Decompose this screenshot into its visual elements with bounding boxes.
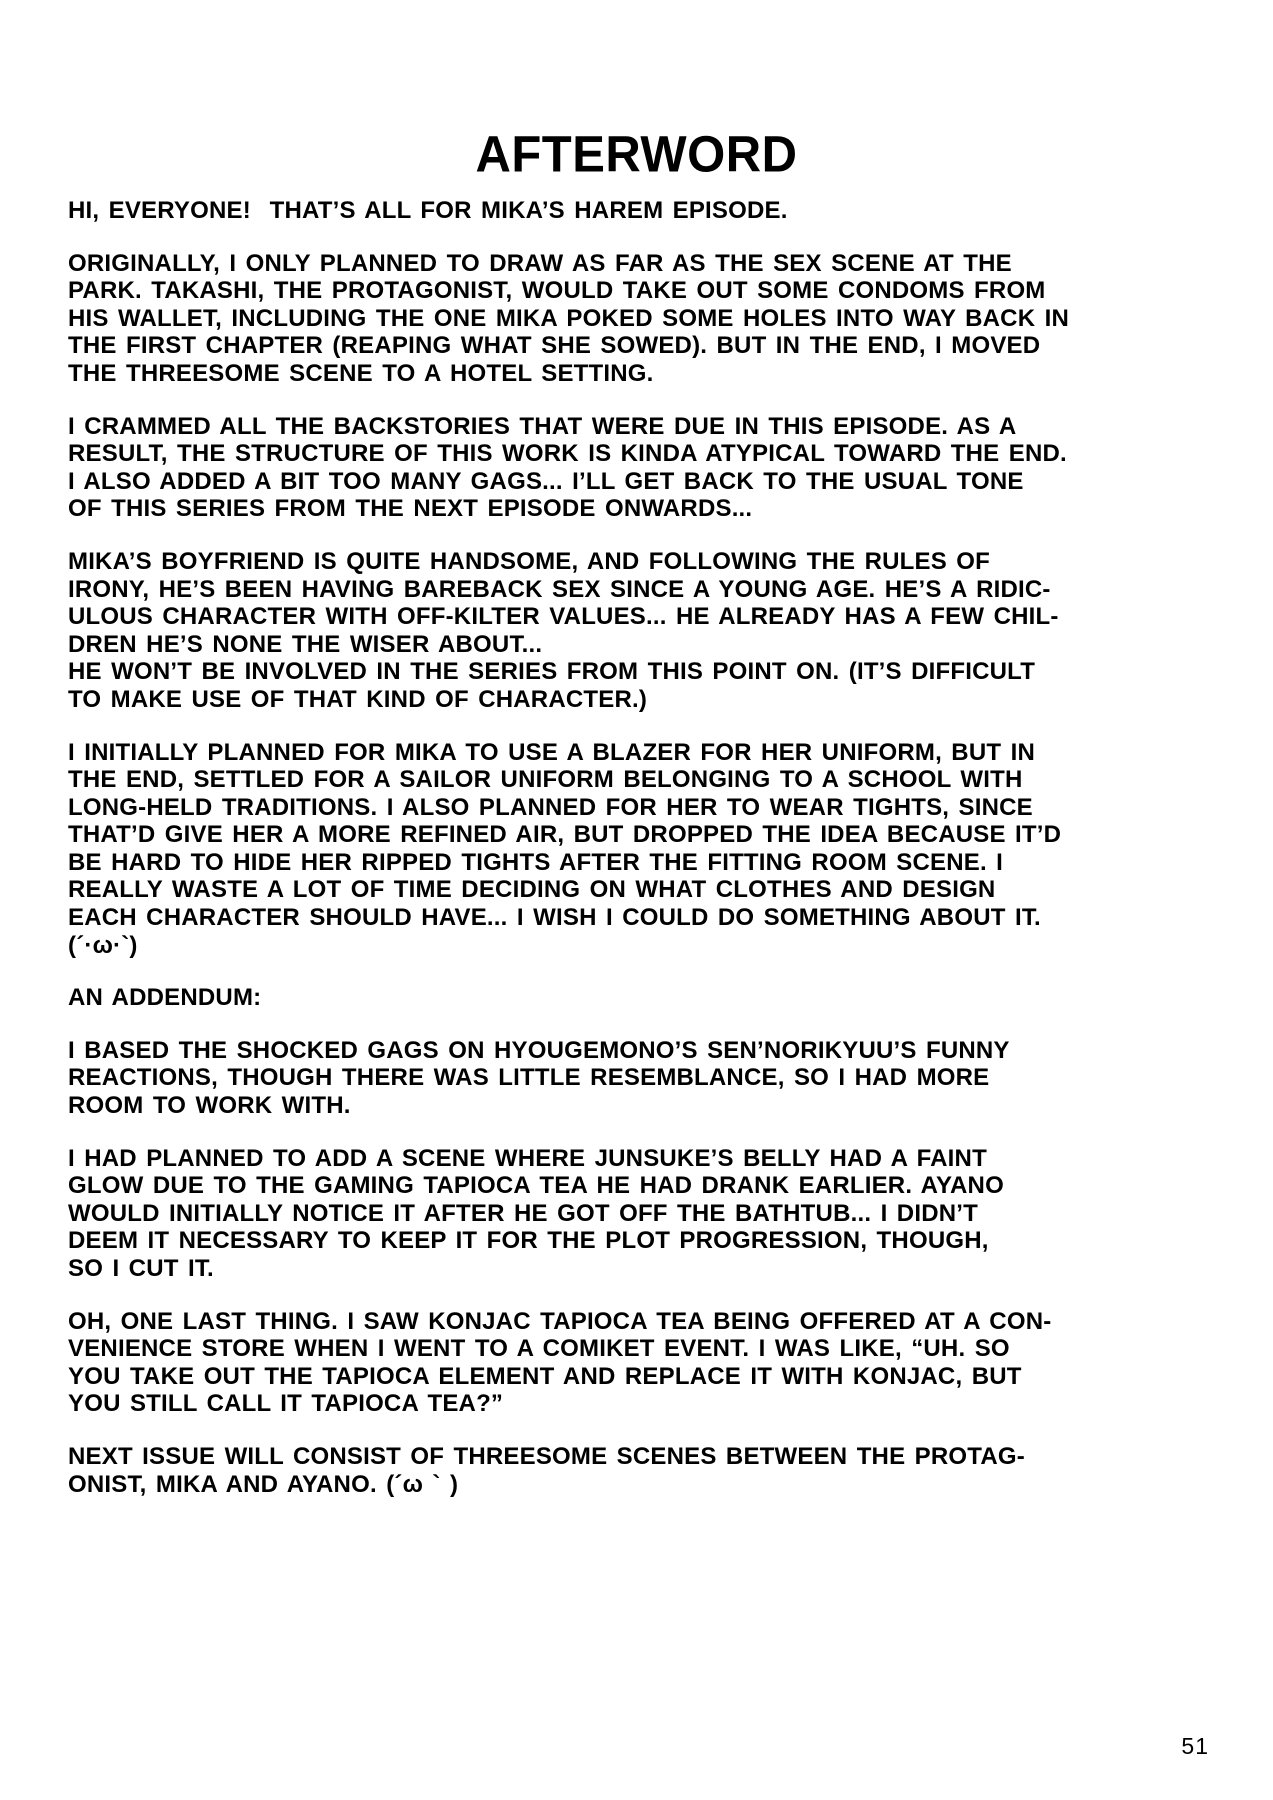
paragraph-shocked-gags: I BASED THE SHOCKED GAGS ON HYOUGEMONO’S… bbox=[68, 1037, 1228, 1120]
paragraph-original-plan: ORIGINALLY, I ONLY PLANNED TO DRAW AS FA… bbox=[68, 250, 1228, 388]
addendum-heading: AN ADDENDUM: bbox=[68, 984, 1228, 1012]
paragraph-uniform: I INITIALLY PLANNED FOR MIKA TO USE A BL… bbox=[68, 739, 1228, 960]
paragraph-backstories: I CRAMMED ALL THE BACKSTORIES THAT WERE … bbox=[68, 413, 1228, 523]
afterword-page: AFTERWORD HI, EVERYONE! THAT’S ALL FOR M… bbox=[0, 0, 1273, 1800]
paragraph-boyfriend: MIKA’S BOYFRIEND IS QUITE HANDSOME, AND … bbox=[68, 548, 1228, 714]
paragraph-next-issue: NEXT ISSUE WILL CONSIST OF THREESOME SCE… bbox=[68, 1443, 1228, 1498]
paragraph-greeting: HI, EVERYONE! THAT’S ALL FOR MIKA’S HARE… bbox=[68, 197, 1228, 225]
page-title: AFTERWORD bbox=[0, 126, 1273, 184]
paragraph-belly-glow: I HAD PLANNED TO ADD A SCENE WHERE JUNSU… bbox=[68, 1145, 1228, 1283]
page-number: 51 bbox=[1181, 1733, 1209, 1760]
content-blocks: HI, EVERYONE! THAT’S ALL FOR MIKA’S HARE… bbox=[68, 197, 1228, 1523]
paragraph-konjac-tea: OH, ONE LAST THING. I SAW KONJAC TAPIOCA… bbox=[68, 1308, 1228, 1418]
